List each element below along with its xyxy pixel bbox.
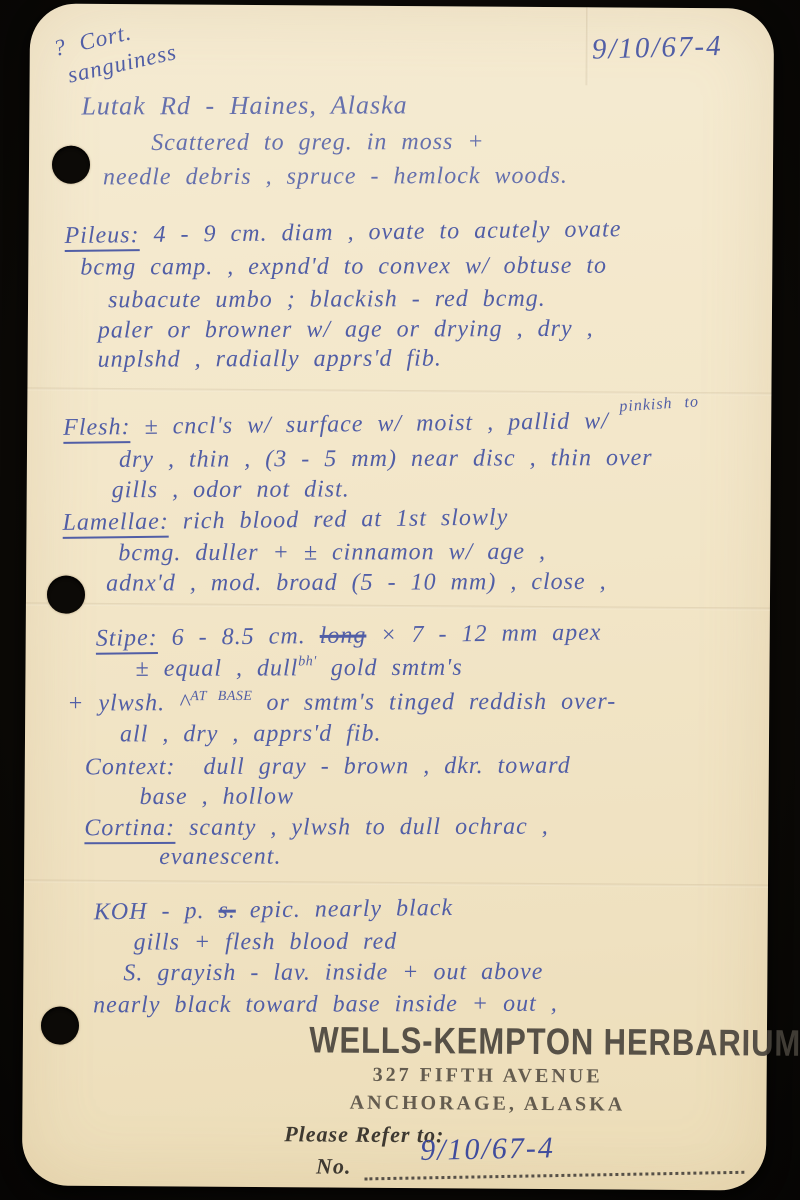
- corner-annotation: ? Cort. sanguiness: [51, 10, 180, 92]
- section-lamellae-line-1: Lamellae: rich blood red at 1st slowly: [62, 504, 508, 536]
- punch-hole-bottom: [41, 1007, 79, 1045]
- punch-hole-top: [52, 146, 90, 184]
- fold-crease-1: [27, 387, 771, 395]
- section-koh-line-3: S. grayish - lav. inside + out above: [123, 959, 543, 987]
- fold-crease-2: [26, 602, 770, 610]
- section-pileus-line-3: subacute umbo ; blackish - red bcmg.: [108, 286, 546, 315]
- herbarium-stamp-address-1: 327 FIFTH AVENUE: [323, 1063, 653, 1088]
- section-context-line-2: base , hollow: [140, 783, 294, 811]
- section-koh-line-2: gills + flesh blood red: [134, 929, 398, 957]
- stipe-text-2-pre: ± equal , dull: [135, 655, 298, 682]
- section-pileus-line-1: Pileus: 4 - 9 cm. diam , ovate to acutel…: [64, 216, 621, 250]
- koh-text-1-pre: p.: [170, 898, 218, 925]
- specimen-number: 9/10/67-4: [420, 1131, 555, 1168]
- section-context-line-1: Context: dull gray - brown , dkr. toward: [85, 753, 571, 782]
- stipe-text-1-pre: 6 - 8.5 cm.: [172, 623, 320, 651]
- fold-crease-vertical: [586, 7, 590, 85]
- location-line-3: needle debris , spruce - hemlock woods.: [103, 163, 568, 192]
- section-stipe-line-2: ± equal , dullbh' gold smtm's: [135, 655, 462, 683]
- context-label: Context:: [85, 754, 176, 780]
- section-flesh-line-2: dry , thin , (3 - 5 mm) near disc , thin…: [119, 445, 653, 474]
- scan-background: ? Cort. sanguiness 9/10/67-4 Lutak Rd - …: [0, 0, 800, 1200]
- section-lamellae-line-3: adnx'd , mod. broad (5 - 10 mm) , close …: [106, 569, 607, 598]
- section-stipe-line-1: Stipe: 6 - 8.5 cm. long × 7 - 12 mm apex: [96, 620, 602, 653]
- punch-hole-middle: [47, 576, 85, 614]
- section-stipe-line-3: + ylwsh. ^AT BASE or smtm's tinged reddi…: [67, 689, 616, 718]
- stipe-text-3-post: or smtm's tinged reddish over-: [252, 689, 616, 716]
- section-lamellae-line-2: bcmg. duller + ± cinnamon w/ age ,: [118, 539, 546, 567]
- section-koh-line-4: nearly black toward base inside + out ,: [93, 991, 558, 1020]
- location-line-1: Lutak Rd - Haines, Alaska: [81, 90, 407, 121]
- fold-crease-3: [24, 879, 768, 887]
- koh-text-1-post: epic. nearly black: [236, 895, 454, 924]
- stipe-label: Stipe:: [96, 625, 158, 655]
- section-pileus-line-2: bcmg camp. , expnd'd to convex w/ obtuse…: [80, 253, 607, 282]
- section-pileus-line-5: unplshd , radially apprs'd fib.: [98, 345, 442, 373]
- paper: ? Cort. sanguiness 9/10/67-4 Lutak Rd - …: [22, 3, 774, 1190]
- stipe-text-2-post: gold smtm's: [317, 655, 463, 682]
- stipe-text-3-pre: + ylwsh. ^: [67, 690, 190, 716]
- section-pileus-line-4: paler or browner w/ age or drying , dry …: [98, 316, 594, 345]
- flesh-text-1: ± cncl's w/ surface w/ moist , pallid w/: [144, 408, 609, 440]
- herbarium-stamp-address-2: ANCHORAGE, ALASKA: [322, 1091, 652, 1116]
- lamellae-text-1: rich blood red at 1st slowly: [183, 504, 509, 534]
- section-flesh-line-3: gills , odor not dist.: [112, 476, 350, 504]
- context-text-1: dull gray - brown , dkr. toward: [203, 753, 570, 780]
- stipe-struck-word: long: [320, 622, 367, 649]
- refer-no-label: No.: [316, 1153, 352, 1179]
- cortina-text-1: scanty , ylwsh to dull ochrac ,: [189, 814, 549, 841]
- koh-label: KOH -: [94, 898, 171, 925]
- cortina-label: Cortina:: [84, 815, 175, 844]
- stipe-text-1-post: × 7 - 12 mm apex: [366, 620, 601, 649]
- location-line-2: Scattered to greg. in moss +: [151, 129, 484, 157]
- stipe-superscript-1: bh': [298, 654, 317, 669]
- section-flesh-line-1: Flesh: ± cncl's w/ surface w/ moist , pa…: [63, 408, 609, 442]
- stipe-superscript-2: AT BASE: [190, 689, 252, 704]
- herbarium-stamp-name: WELLS-KEMPTON HERBARIUM: [309, 1019, 670, 1064]
- flesh-label: Flesh:: [63, 414, 131, 444]
- pileus-label: Pileus:: [64, 222, 139, 252]
- section-cortina-line-2: evanescent.: [159, 844, 281, 871]
- flesh-superscript: pinkish to: [619, 393, 700, 416]
- koh-struck-word: s.: [218, 898, 236, 924]
- section-koh-line-1: KOH - p. s. epic. nearly black: [94, 895, 454, 926]
- section-stipe-line-4: all , dry , apprs'd fib.: [120, 721, 382, 749]
- lamellae-label: Lamellae:: [62, 509, 169, 539]
- collection-date: 9/10/67-4: [591, 30, 723, 67]
- section-cortina-line-1: Cortina: scanty , ylwsh to dull ochrac ,: [84, 814, 548, 843]
- pileus-text-1: 4 - 9 cm. diam , ovate to acutely ovate: [153, 216, 621, 248]
